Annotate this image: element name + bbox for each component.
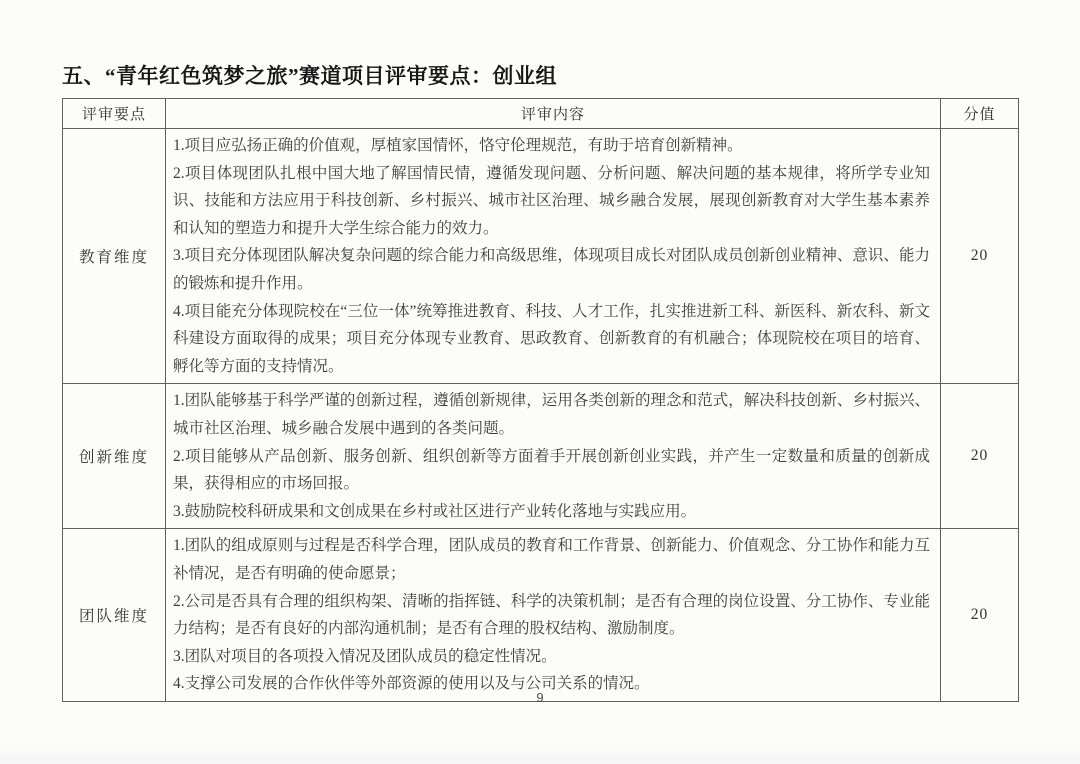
content-cell: 1.项目应弘扬正确的价值观，厚植家国情怀，恪守伦理规范，有助于培育创新精神。 2… [166,129,941,384]
score-value: 20 [941,384,1019,529]
content-item: 2.项目体现团队扎根中国大地了解国情民情，遵循发现问题、分析问题、解决问题的基本… [173,160,930,243]
page-number: 9 [0,690,1080,705]
scan-shading [0,742,1080,764]
table-row-innovation: 创新维度 1.团队能够基于科学严谨的创新过程，遵循创新规律，运用各类创新的理念和… [63,384,1019,529]
table-row-team: 团队维度 1.团队的组成原则与过程是否科学合理，团队成员的教育和工作背景、创新能… [63,529,1019,702]
score-value: 20 [941,129,1019,384]
dimension-label: 团队维度 [63,529,166,702]
content-item: 2.公司是否具有合理的组织构架、清晰的指挥链、科学的决策机制；是否有合理的岗位设… [173,588,930,643]
content-item: 1.团队能够基于科学严谨的创新过程，遵循创新规律，运用各类创新的理念和范式，解决… [173,387,930,442]
content-item: 1.项目应弘扬正确的价值观，厚植家国情怀，恪守伦理规范，有助于培育创新精神。 [173,132,930,160]
content-item: 4.项目能充分体现院校在“三位一体”统筹推进教育、科技、人才工作，扎实推进新工科… [173,298,930,381]
header-score: 分值 [941,99,1019,129]
table-header-row: 评审要点 评审内容 分值 [63,99,1019,129]
document-page: 五、“青年红色筑梦之旅”赛道项目评审要点：创业组 评审要点 评审内容 分值 教育… [0,0,1080,764]
evaluation-criteria-table: 评审要点 评审内容 分值 教育维度 1.项目应弘扬正确的价值观，厚植家国情怀，恪… [62,98,1019,702]
score-value: 20 [941,529,1019,702]
table-row-education: 教育维度 1.项目应弘扬正确的价值观，厚植家国情怀，恪守伦理规范，有助于培育创新… [63,129,1019,384]
dimension-label: 教育维度 [63,129,166,384]
content-item: 3.项目充分体现团队解决复杂问题的综合能力和高级思维，体现项目成长对团队成员创新… [173,242,930,297]
header-criteria: 评审要点 [63,99,166,129]
content-cell: 1.团队能够基于科学严谨的创新过程，遵循创新规律，运用各类创新的理念和范式，解决… [166,384,941,529]
content-cell: 1.团队的组成原则与过程是否科学合理，团队成员的教育和工作背景、创新能力、价值观… [166,529,941,702]
content-item: 3.团队对项目的各项投入情况及团队成员的稳定性情况。 [173,643,930,671]
content-item: 3.鼓励院校科研成果和文创成果在乡村或社区进行产业转化落地与实践应用。 [173,498,930,526]
content-item: 2.项目能够从产品创新、服务创新、组织创新等方面着手开展创新创业实践，并产生一定… [173,443,930,498]
dimension-label: 创新维度 [63,384,166,529]
section-title: 五、“青年红色筑梦之旅”赛道项目评审要点：创业组 [62,60,557,90]
content-item: 1.团队的组成原则与过程是否科学合理，团队成员的教育和工作背景、创新能力、价值观… [173,532,930,587]
header-content: 评审内容 [166,99,941,129]
